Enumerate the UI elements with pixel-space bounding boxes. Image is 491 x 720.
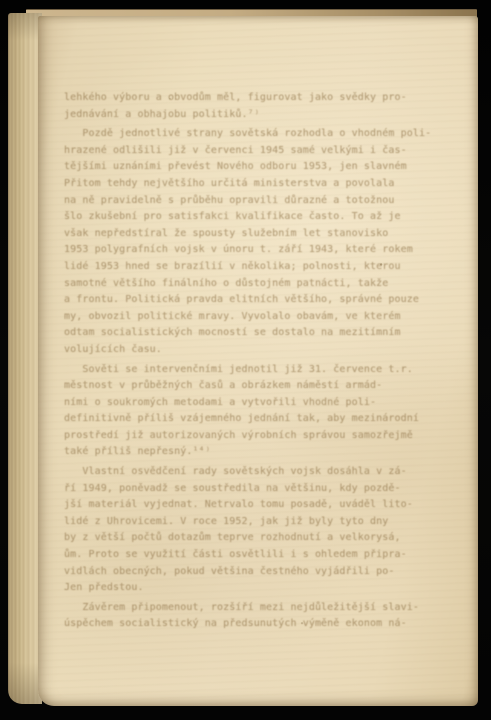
text-line: Pozdě jednotlivé strany sovětská rozhodl… (64, 126, 448, 143)
text-line: definitivně příliš vzájemného jednání ta… (64, 411, 448, 428)
text-line: ům. Proto se využití části osvětlili i s… (64, 547, 448, 564)
text-line: lidé 1953 hned se brazílií v několika; p… (64, 259, 448, 276)
text-line: také příliš nepřesný.¹⁴⁾ (64, 444, 448, 461)
book-page: lehkého výboru a obvodům měl, figurovat … (38, 16, 478, 706)
text-line: lehkého výboru a obvodům měl, figurovat … (64, 90, 448, 107)
text-line: úspěchem socialistický na předsunutých v… (64, 616, 448, 633)
text-line: volujících času. (64, 342, 448, 359)
text-line: tějšími uznáními převést Nového odboru 1… (64, 159, 448, 176)
text-line: vidlách obecných, pokud většina čestného… (64, 564, 448, 581)
text-line: jednávání a obhajobu politiků.⁷⁾ (64, 107, 448, 124)
text-line: my, obvozil politické mravy. Vyvolalo ob… (64, 309, 448, 326)
text-line: jší materiál vyjednat. Netrvalo tomu pos… (64, 497, 448, 514)
faded-text-block: lehkého výboru a obvodům měl, figurovat … (64, 90, 448, 636)
text-line: Jen předstou. (64, 580, 448, 597)
text-line: by z větší počtů dotazům teprve rozhodnu… (64, 530, 448, 547)
text-line: ří 1949, poněvadž se soustředila na větš… (64, 481, 448, 498)
text-line: hrazené odlišili již v červenci 1945 sam… (64, 143, 448, 160)
text-line: lidé z Uhrovicemi. V roce 1952, jak již … (64, 514, 448, 531)
text-line: Vlastní osvědčení rady sovětských vojsk … (64, 464, 448, 481)
paragraph: Pozdě jednotlivé strany sovětská rozhodl… (64, 126, 448, 358)
text-line: šlo zkušební pro satisfakci kvalifikace … (64, 209, 448, 226)
text-line: samotné většího finálního o důstojném pa… (64, 276, 448, 293)
text-line: a frontu. Politická pravda elitních větš… (64, 292, 448, 309)
paragraph: Závěrem připomenout, rozšíří mezi nejdůl… (64, 600, 448, 633)
text-line: Závěrem připomenout, rozšíří mezi nejdůl… (64, 600, 448, 617)
text-line: městnost v průběžných časů a obrázkem ná… (64, 378, 448, 395)
text-line: odtam socialistických mocností se dostal… (64, 325, 448, 342)
scanned-book-photo: lehkého výboru a obvodům měl, figurovat … (0, 0, 491, 720)
paragraph: lehkého výboru a obvodům měl, figurovat … (64, 90, 448, 123)
text-line: na ně pravidelně s průběhu opravili důra… (64, 193, 448, 210)
text-line: Sověti se intervenčními jednotil již 31.… (64, 362, 448, 379)
page-stack-edge (8, 13, 42, 704)
paragraph: Sověti se intervenčními jednotil již 31.… (64, 362, 448, 462)
text-line: prostředí již autorizovaných výrobních s… (64, 428, 448, 445)
text-line: ními o soukromých metodami a vytvořili v… (64, 395, 448, 412)
text-line: Přitom tehdy největšího určitá ministers… (64, 176, 448, 193)
paragraph: Vlastní osvědčení rady sovětských vojsk … (64, 464, 448, 597)
text-line: 1953 polygrafních vojsk v únoru t. září … (64, 242, 448, 259)
text-line: však nepředstíral že spousty služebním l… (64, 226, 448, 243)
